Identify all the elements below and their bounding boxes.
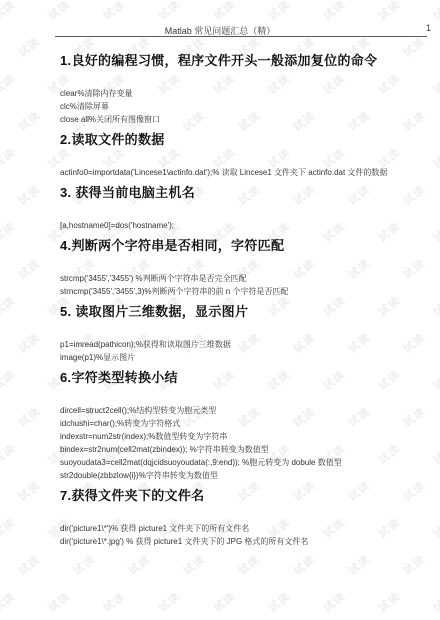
section-1: 1.良好的编程习惯，程序文件开头一般添加复位的命令 clear%清除内存变量 c… xyxy=(60,53,420,126)
section-heading: 7.获得文件夹下的文件名 xyxy=(60,488,420,504)
section-3: 3. 获得当前电脑主机名 [a,hostname0]=dos('hostname… xyxy=(60,185,420,232)
watermark-text: 试读 xyxy=(125,551,154,578)
section-heading: 1.良好的编程习惯，程序文件开头一般添加复位的命令 xyxy=(60,53,420,69)
section-heading: 2.读取文件的数据 xyxy=(60,132,420,148)
watermark-text: 试读 xyxy=(430,440,440,467)
watermark-text: 试读 xyxy=(0,144,18,171)
watermark-text: 试读 xyxy=(430,514,440,541)
watermark-text: 试读 xyxy=(430,144,440,171)
code-block: dircell=struct2cell();%结构型转变为胞元类型 idchus… xyxy=(60,404,420,482)
watermark-text: 试读 xyxy=(180,551,209,578)
code-block: actinfo0=importdata('Lincese1\actinfo.da… xyxy=(60,166,420,179)
watermark-text: 试读 xyxy=(0,588,18,615)
watermark-text: 试读 xyxy=(45,588,74,615)
watermark-text: 试读 xyxy=(0,440,18,467)
watermark-text: 试读 xyxy=(430,70,440,97)
section-5: 5. 读取图片三维数据，显示图片 p1=imread(pathicon);%获得… xyxy=(60,304,420,364)
watermark-text: 试读 xyxy=(0,0,18,24)
watermark-text: 试读 xyxy=(210,588,239,615)
section-heading: 6.字符类型转换小结 xyxy=(60,370,420,386)
code-line: dir('picture1\*.jpg') % 获得 picture1 文件夹下… xyxy=(60,535,420,548)
section-7: 7.获得文件夹下的文件名 dir('picture1\*')% 获得 pictu… xyxy=(60,488,420,548)
section-heading: 5. 读取图片三维数据，显示图片 xyxy=(60,304,420,320)
code-line: indexstr=num2str(index);%数值型转变为字符串 xyxy=(60,430,420,443)
code-line: close all%关闭所有图像窗口 xyxy=(60,113,420,126)
section-4: 4.判断两个字符串是否相同，字符匹配 strcmp('3455','3455')… xyxy=(60,238,420,298)
watermark-text: 试读 xyxy=(400,551,429,578)
watermark-text: 试读 xyxy=(15,255,44,282)
watermark-text: 试读 xyxy=(15,551,44,578)
watermark-text: 试读 xyxy=(235,551,264,578)
watermark-text: 试读 xyxy=(15,329,44,356)
watermark-text: 试读 xyxy=(15,181,44,208)
watermark-text: 试读 xyxy=(265,0,294,24)
code-line: dircell=struct2cell();%结构型转变为胞元类型 xyxy=(60,404,420,417)
watermark-text: 试读 xyxy=(345,551,374,578)
code-line: p1=imread(pathicon);%获得和读取图片三维数据 xyxy=(60,338,420,351)
section-2: 2.读取文件的数据 actinfo0=importdata('Lincese1\… xyxy=(60,132,420,179)
watermark-text: 试读 xyxy=(210,0,239,24)
code-line: bindex=str2num(cell2mat(zbindex)); %字符串转… xyxy=(60,443,420,456)
watermark-text: 试读 xyxy=(320,588,349,615)
code-block: clear%清除内存变量 clc%清除屏幕 close all%关闭所有图像窗口 xyxy=(60,87,420,126)
watermark-text: 试读 xyxy=(100,0,129,24)
code-block: strcmp('3455','3455') %判断两个字符串是否完全匹配 str… xyxy=(60,272,420,298)
section-heading: 3. 获得当前电脑主机名 xyxy=(60,185,420,201)
code-line: idchushi=char();%转变为字符格式 xyxy=(60,417,420,430)
watermark-text: 试读 xyxy=(45,0,74,24)
code-block: p1=imread(pathicon);%获得和读取图片三维数据 image(p… xyxy=(60,338,420,364)
watermark-text: 试读 xyxy=(0,70,18,97)
watermark-text: 试读 xyxy=(430,0,440,24)
watermark-text: 试读 xyxy=(265,588,294,615)
header-page-number: 1 xyxy=(426,23,431,33)
code-line: clc%清除屏幕 xyxy=(60,100,420,113)
watermark-text: 试读 xyxy=(290,551,319,578)
code-block: [a,hostname0]=dos('hostname'); xyxy=(60,219,420,232)
watermark-text: 试读 xyxy=(0,218,18,245)
watermark-text: 试读 xyxy=(430,292,440,319)
watermark-text: 试读 xyxy=(15,107,44,134)
code-block: dir('picture1\*')% 获得 picture1 文件夹下的所有文件… xyxy=(60,522,420,548)
code-line: strcmp('3455','3455') %判断两个字符串是否完全匹配 xyxy=(60,272,420,285)
watermark-text: 试读 xyxy=(15,477,44,504)
code-line: actinfo0=importdata('Lincese1\actinfo.da… xyxy=(60,166,420,179)
watermark-text: 试读 xyxy=(155,588,184,615)
watermark-text: 试读 xyxy=(15,403,44,430)
watermark-text: 试读 xyxy=(375,588,404,615)
code-line: str2double(zbbzlow{i})%字符串转变为数值型 xyxy=(60,469,420,482)
watermark-text: 试读 xyxy=(15,33,44,60)
document-page: 试读试读试读试读试读试读试读试读试读试读试读试读试读试读试读试读试读试读试读试读… xyxy=(0,0,440,620)
watermark-text: 试读 xyxy=(70,551,99,578)
watermark-text: 试读 xyxy=(430,218,440,245)
watermark-text: 试读 xyxy=(0,514,18,541)
watermark-text: 试读 xyxy=(430,588,440,615)
code-line: suoyoudata3=cell2mat(dqjcidsuoyoudata(:,… xyxy=(60,456,420,469)
watermark-text: 试读 xyxy=(430,366,440,393)
code-line: dir('picture1\*')% 获得 picture1 文件夹下的所有文件… xyxy=(60,522,420,535)
watermark-text: 试读 xyxy=(100,588,129,615)
document-content: 1.良好的编程习惯，程序文件开头一般添加复位的命令 clear%清除内存变量 c… xyxy=(60,47,420,548)
code-line: clear%清除内存变量 xyxy=(60,87,420,100)
watermark-text: 试读 xyxy=(0,366,18,393)
code-line: [a,hostname0]=dos('hostname'); xyxy=(60,219,420,232)
code-line: strncmp('3455','3455',3)%判断两个字符串的前 n 个字符… xyxy=(60,285,420,298)
code-line: image(p1)%显示图片 xyxy=(60,351,420,364)
watermark-text: 试读 xyxy=(375,0,404,24)
header-rule xyxy=(55,36,427,37)
watermark-text: 试读 xyxy=(0,292,18,319)
section-6: 6.字符类型转换小结 dircell=struct2cell();%结构型转变为… xyxy=(60,370,420,482)
section-heading: 4.判断两个字符串是否相同，字符匹配 xyxy=(60,238,420,254)
watermark-text: 试读 xyxy=(320,0,349,24)
watermark-text: 试读 xyxy=(155,0,184,24)
